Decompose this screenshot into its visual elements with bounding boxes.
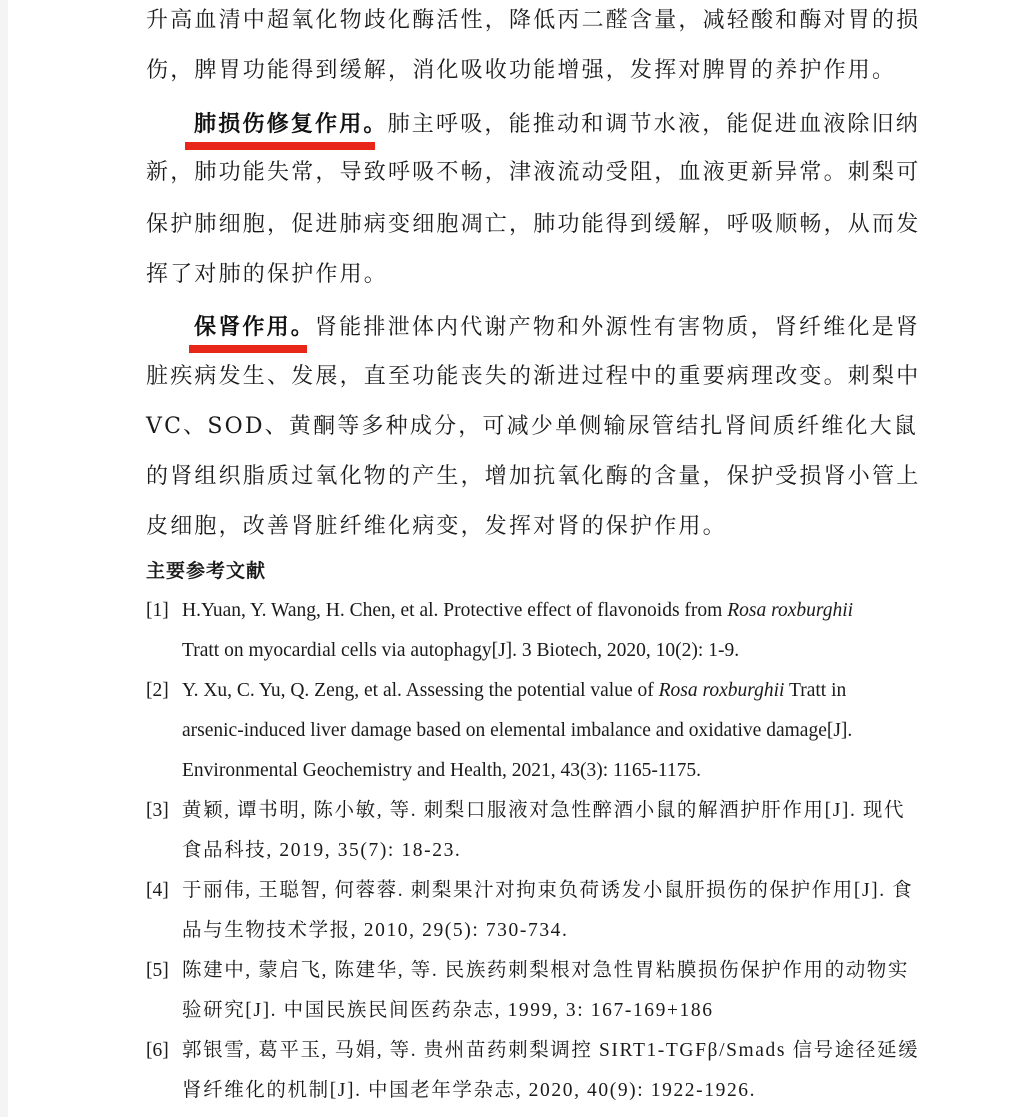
body-text-line: 皮细胞，改善肾脏纤维化病变，发挥对肾的保护作用。 (146, 512, 946, 542)
red-highlight-underline (189, 345, 307, 353)
references-title: 主要参考文献 (146, 558, 266, 584)
reference-line: H.Yuan, Y. Wang, H. Chen, et al. Protect… (182, 598, 853, 624)
reference-text: Y. Xu, C. Yu, Q. Zeng, et al. Assessing … (182, 680, 659, 701)
body-text-line: 新，肺功能失常，导致呼吸不畅，津液流动受阻，血液更新异常。刺梨可 (146, 158, 946, 188)
body-text: 肺主呼吸，能推动和调节水液，能促进血液除旧纳 (388, 112, 920, 137)
reference-line: 食品科技, 2019, 35(7): 18-23. (182, 838, 461, 864)
body-text-line: 升高血清中超氧化物歧化酶活性，降低丙二醛含量，减轻酸和酶对胃的损 (146, 6, 946, 36)
body-text-line: 挥了对肺的保护作用。 (146, 260, 946, 290)
reference-line: Environmental Geochemistry and Health, 2… (182, 758, 701, 784)
body-text-line: 保护肺细胞，促进肺病变细胞凋亡，肺功能得到缓解，呼吸顺畅，从而发 (146, 210, 946, 240)
species-name: Rosa roxburghii (659, 680, 785, 701)
reference-number: [5] (146, 958, 169, 984)
reference-line: 于丽伟, 王聪智, 何蓉蓉. 刺梨果汁对拘束负荷诱发小鼠肝损伤的保护作用[J].… (182, 878, 913, 904)
body-text-line: 的肾组织脂质过氧化物的产生，增加抗氧化酶的含量，保护受损肾小管上 (146, 462, 946, 492)
reference-number: [4] (146, 878, 169, 904)
reference-line: 肾纤维化的机制[J]. 中国老年学杂志, 2020, 40(9): 1922-1… (182, 1078, 756, 1104)
reference-number: [3] (146, 798, 169, 824)
reference-text: H.Yuan, Y. Wang, H. Chen, et al. Protect… (182, 600, 727, 621)
body-text: 肾能排泄体内代谢产物和外源性有害物质，肾纤维化是肾 (315, 315, 920, 340)
body-text-line: VC、SOD、黄酮等多种成分，可减少单侧输尿管结扎肾间质纤维化大鼠 (146, 412, 946, 442)
kidney-section-heading: 保肾作用。 (194, 314, 315, 340)
reference-line: 陈建中, 蒙启飞, 陈建华, 等. 民族药刺梨根对急性胃粘膜损伤保护作用的动物实 (182, 958, 909, 984)
document-page: 升高血清中超氧化物歧化酶活性，降低丙二醛含量，减轻酸和酶对胃的损 伤，脾胃功能得… (0, 0, 1036, 1117)
reference-line: 品与生物技术学报, 2010, 29(5): 730-734. (182, 918, 569, 944)
body-text-line: 脏疾病发生、发展，直至功能丧失的渐进过程中的重要病理改变。刺梨中 (146, 362, 946, 392)
body-text-line: 伤，脾胃功能得到缓解，消化吸收功能增强，发挥对脾胃的养护作用。 (146, 56, 946, 86)
lung-section-heading: 肺损伤修复作用。 (194, 111, 388, 137)
reference-number: [2] (146, 678, 169, 704)
reference-line: Y. Xu, C. Yu, Q. Zeng, et al. Assessing … (182, 678, 846, 704)
reference-line: 郭银雪, 葛平玉, 马娟, 等. 贵州苗药刺梨调控 SIRT1-TGFβ/Sma… (182, 1038, 919, 1064)
reference-line: arsenic-induced liver damage based on el… (182, 718, 852, 744)
reference-line: 黄颖, 谭书明, 陈小敏, 等. 刺梨口服液对急性醉酒小鼠的解酒护肝作用[J].… (182, 798, 905, 824)
kidney-paragraph-first-line: 保肾作用。肾能排泄体内代谢产物和外源性有害物质，肾纤维化是肾 (194, 312, 946, 343)
reference-number: [1] (146, 598, 169, 624)
reference-text: Tratt in (784, 680, 846, 701)
lung-paragraph-first-line: 肺损伤修复作用。肺主呼吸，能推动和调节水液，能促进血液除旧纳 (194, 109, 946, 140)
species-name: Rosa roxburghii (727, 600, 853, 621)
reference-number: [6] (146, 1038, 169, 1064)
reference-line: Tratt on myocardial cells via autophagy[… (182, 638, 739, 664)
red-highlight-underline (185, 142, 375, 150)
reference-line: 验研究[J]. 中国民族民间医药杂志, 1999, 3: 167-169+186 (182, 998, 714, 1024)
